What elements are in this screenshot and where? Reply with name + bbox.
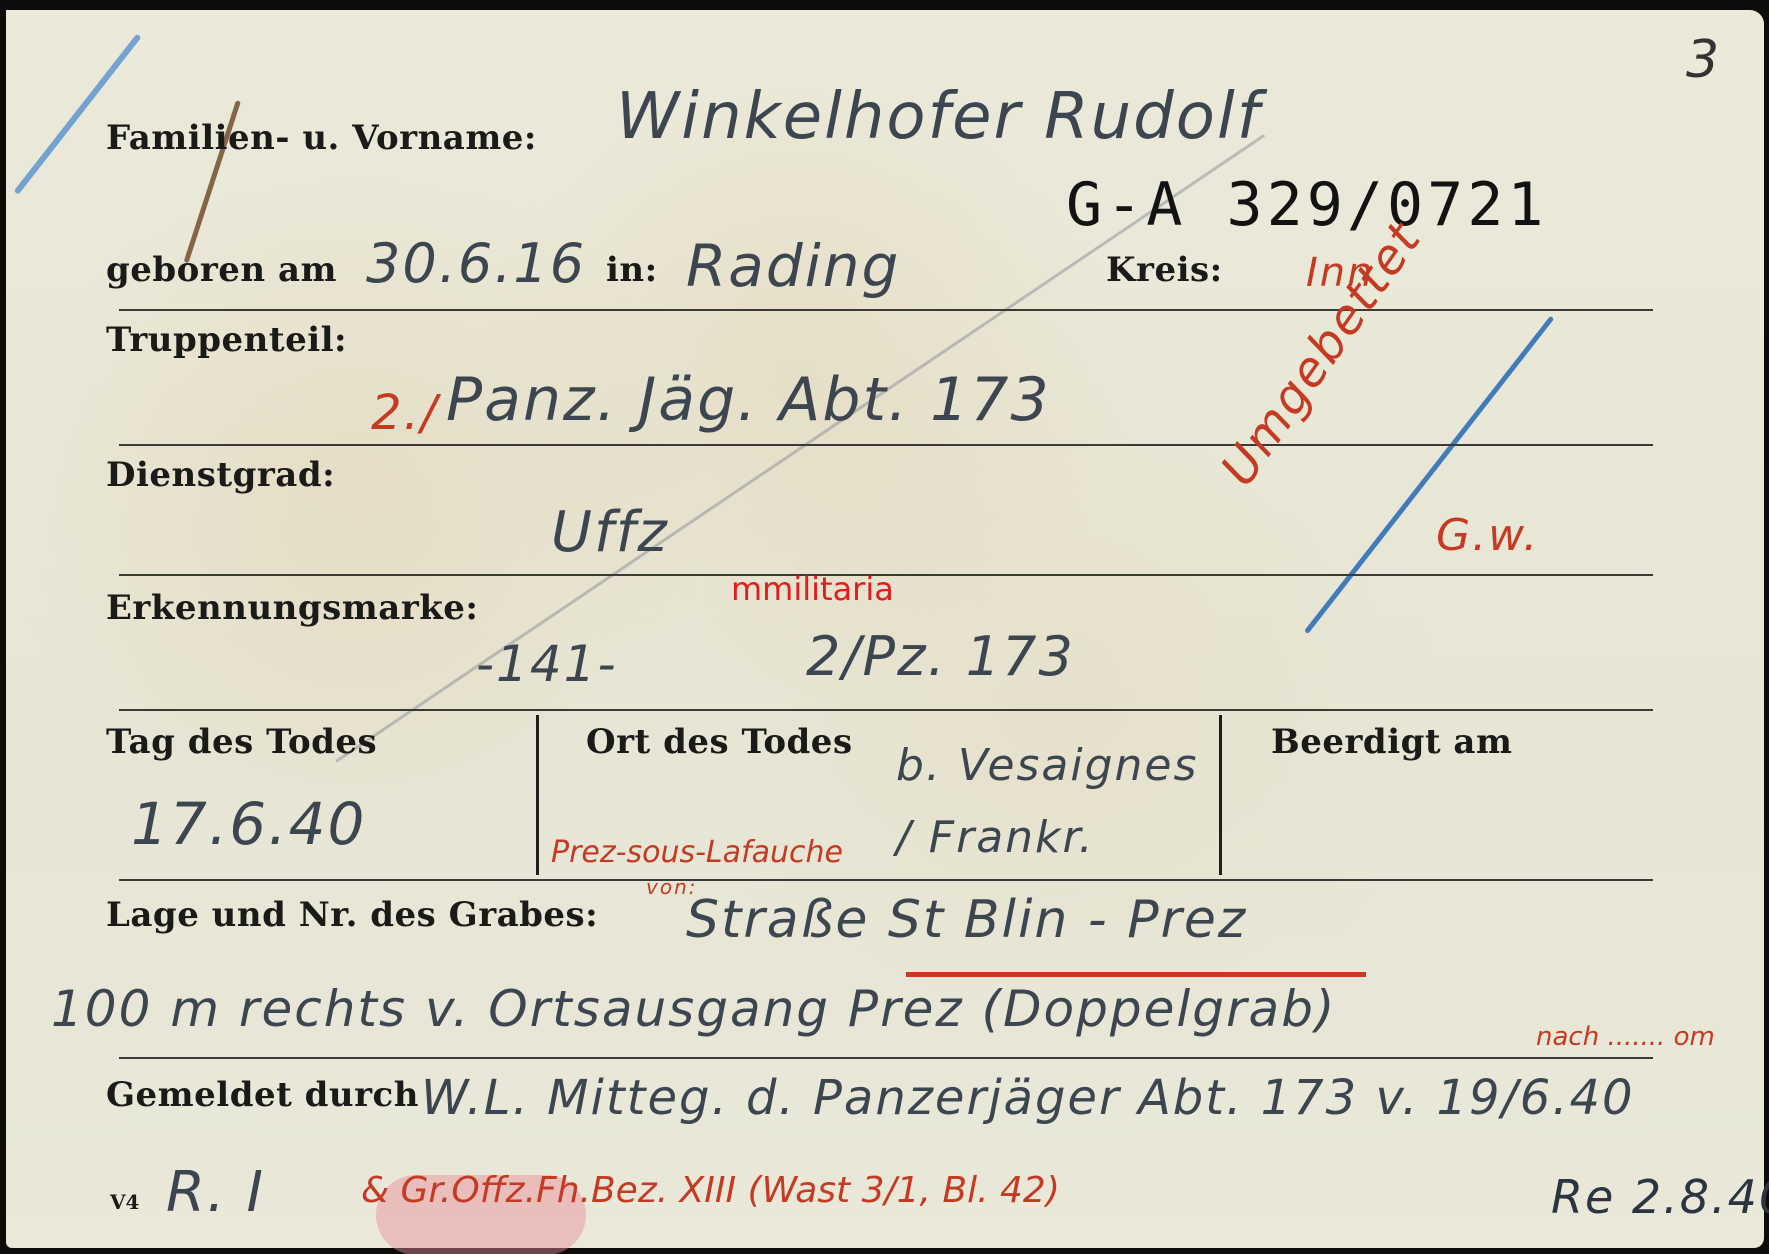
label-death-date: Tag des Todes: [106, 722, 377, 762]
value-birth-place: Rading: [686, 232, 900, 300]
rule-death: [119, 879, 1653, 881]
divider-2: [1219, 715, 1222, 875]
divider-1: [536, 715, 539, 875]
bottom-right-handwriting: Re 2.8.40: [1551, 1170, 1769, 1224]
value-unit: Panz. Jäg. Abt. 173: [446, 365, 1051, 435]
value-unit-prefix: 2./: [371, 385, 439, 441]
label-name: Familien- u. Vorname:: [106, 118, 537, 158]
file-reference-stamp: G-A 329/0721: [1066, 170, 1547, 240]
value-reported-by: W.L. Mitteg. d. Panzerjäger Abt. 173 v. …: [421, 1070, 1635, 1126]
label-id-tag: Erkennungsmarke:: [106, 588, 478, 628]
value-grave-line2: 100 m rechts v. Ortsausgang Prez (Doppel…: [51, 980, 1336, 1038]
value-grave-line1: Straße St Blin - Prez: [686, 890, 1247, 950]
reburied-initials: G.w.: [1436, 510, 1539, 561]
grave-registration-card: 3 Familien- u. Vorname: Winkelhofer Rudo…: [6, 10, 1764, 1248]
rule-grave: [119, 1057, 1653, 1059]
value-death-place-red: Prez-sous-Lafauche: [551, 835, 843, 870]
bottom-left-handwriting: R. I: [166, 1160, 265, 1225]
label-buried-on: Beerdigt am: [1271, 722, 1512, 762]
value-death-place: b. Vesaignes / Frankr.: [896, 730, 1216, 874]
rule-unit: [119, 444, 1653, 446]
label-rank: Dienstgrad:: [106, 455, 335, 495]
grave-red-underline: [906, 972, 1366, 977]
form-code: V4: [110, 1190, 139, 1214]
value-name: Winkelhofer Rudolf: [616, 80, 1261, 154]
watermark: mmilitaria: [731, 570, 894, 608]
label-born-on: geboren am: [106, 250, 337, 290]
label-grave: Lage und Nr. des Grabes:: [106, 895, 598, 935]
value-death-date: 17.6.40: [131, 790, 366, 858]
label-district: Kreis:: [1106, 250, 1223, 290]
rule-born: [119, 309, 1653, 311]
label-born-in: in:: [606, 250, 658, 290]
value-birth-date: 30.6.16: [366, 232, 586, 295]
label-death-place: Ort des Todes: [586, 722, 853, 762]
rule-id-tag: [119, 709, 1653, 711]
corner-number: 3: [1686, 30, 1721, 90]
value-id-tag-number: -141-: [476, 635, 618, 693]
bottom-red-note: & Gr.Offz.Fh.Bez. XIII (Wast 3/1, Bl. 42…: [361, 1170, 1060, 1211]
grave-red-note: nach ....... om: [1536, 1022, 1715, 1052]
value-id-tag-unit: 2/Pz. 173: [806, 625, 1075, 688]
value-rank: Uffz: [551, 500, 669, 565]
label-reported-by: Gemeldet durch: [106, 1075, 419, 1115]
blue-pencil-stroke-top-left: [14, 34, 142, 195]
label-unit: Truppenteil:: [106, 320, 347, 360]
